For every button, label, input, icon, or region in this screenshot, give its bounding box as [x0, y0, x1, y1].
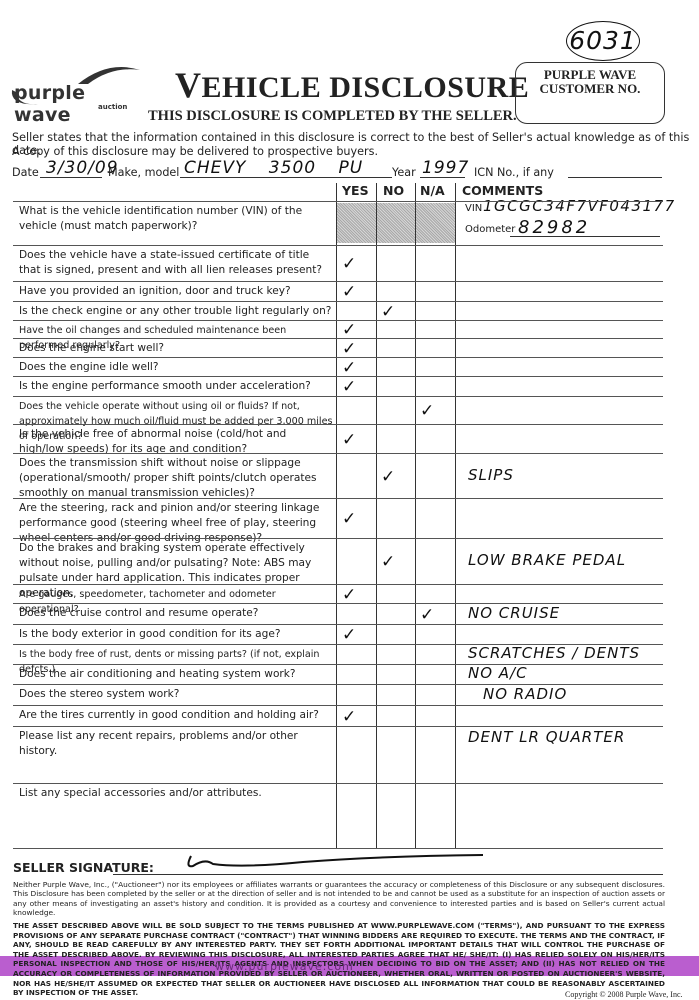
checkmark-icon-na[interactable]: ✓	[420, 605, 444, 619]
comment-field[interactable]: SLIPS	[468, 466, 514, 484]
checkmark-icon-yes[interactable]: ✓	[342, 358, 366, 372]
column-divider	[336, 183, 337, 848]
answer-na-cell[interactable]	[420, 797, 444, 811]
question-text: Does the cruise control and resume opera…	[19, 606, 334, 621]
customer-box-label-2: CUSTOMER NO.	[540, 81, 641, 96]
row-divider	[13, 538, 663, 539]
row-divider	[13, 783, 663, 784]
answer-yes-cell[interactable]	[342, 686, 366, 700]
answer-na-cell[interactable]	[420, 282, 444, 296]
checkmark-icon-yes[interactable]: ✓	[342, 430, 366, 444]
answer-na-cell[interactable]	[420, 358, 444, 372]
column-divider	[376, 183, 377, 848]
answer-no-cell[interactable]	[381, 282, 405, 296]
row-divider	[13, 848, 663, 849]
row-divider	[13, 603, 663, 604]
make-model-label: Make, model	[108, 166, 179, 179]
answer-na-cell[interactable]	[420, 740, 444, 754]
question-text: Are the steering, rack and pinion and/or…	[19, 501, 334, 546]
purple-wave-logo: purple wave auction	[8, 62, 148, 112]
answer-no-cell[interactable]	[381, 686, 405, 700]
row-divider	[13, 320, 663, 321]
checkmark-icon-yes[interactable]: ✓	[342, 320, 366, 334]
seller-signature-field[interactable]	[183, 852, 503, 874]
checkmark-icon-yes[interactable]: ✓	[342, 625, 366, 639]
answer-na-cell[interactable]	[420, 625, 444, 639]
vin-label: VIN	[465, 203, 482, 214]
answer-yes-cell[interactable]	[342, 665, 366, 679]
question-text: Does the stereo system work?	[19, 687, 334, 702]
answer-no-cell[interactable]	[381, 254, 405, 268]
make-model-field[interactable]: CHEVY 3500 PU	[184, 158, 363, 178]
row-divider	[13, 245, 663, 246]
answer-yes-cell[interactable]	[342, 214, 366, 228]
answer-na-cell[interactable]	[420, 377, 444, 391]
answer-no-cell[interactable]	[381, 358, 405, 372]
row-divider	[13, 664, 663, 665]
answer-no-cell[interactable]	[381, 401, 405, 415]
checkmark-icon-yes[interactable]: ✓	[342, 282, 366, 296]
answer-yes-cell[interactable]	[342, 401, 366, 415]
question-text: Does the vehicle have a state-issued cer…	[19, 248, 334, 278]
question-text: Does the engine idle well?	[19, 360, 334, 375]
checkmark-icon-yes[interactable]: ✓	[342, 339, 366, 353]
answer-yes-cell[interactable]	[342, 605, 366, 619]
question-text: List any special accessories and/or attr…	[19, 786, 334, 801]
question-text: Please list any recent repairs, problems…	[19, 729, 334, 759]
header-yes: YES	[342, 183, 369, 198]
disclaimer-text: Neither Purple Wave, Inc., ("Auctioneer"…	[13, 880, 665, 917]
answer-na-cell[interactable]	[420, 585, 444, 599]
comment-field[interactable]: DENT LR QUARTER	[468, 728, 625, 746]
row-divider	[13, 624, 663, 625]
answer-no-cell[interactable]	[381, 605, 405, 619]
year-label: Year	[392, 166, 416, 179]
row-divider	[13, 584, 663, 585]
column-divider	[455, 183, 456, 848]
answer-no-cell[interactable]	[381, 665, 405, 679]
row-divider	[13, 498, 663, 499]
row-divider	[13, 338, 663, 339]
row-divider	[13, 453, 663, 454]
checkmark-icon-na[interactable]: ✓	[420, 401, 444, 415]
answer-na-cell[interactable]	[420, 552, 444, 566]
intro-line-2: A copy of this disclosure may be deliver…	[12, 145, 378, 158]
question-text: Does the engine start well?	[19, 341, 334, 356]
answer-yes-cell[interactable]	[342, 740, 366, 754]
answer-no-cell[interactable]	[381, 430, 405, 444]
row-divider	[13, 281, 663, 282]
vin-field[interactable]: 1GCGC34F7VF043177	[483, 197, 676, 215]
comment-field[interactable]: NO CRUISE	[468, 604, 560, 622]
icn-label: ICN No., if any	[474, 166, 554, 179]
question-text: Have you provided an ignition, door and …	[19, 284, 334, 299]
row-divider	[13, 644, 663, 645]
page-title: VEHICLE DISCLOSURE	[175, 64, 529, 106]
logo-subtext: auction	[98, 103, 127, 111]
seller-signature-label: SELLER SIGNATURE:	[13, 860, 154, 875]
checkmark-icon-yes[interactable]: ✓	[342, 707, 366, 721]
logo-text: purple wave	[14, 82, 148, 126]
answer-na-cell[interactable]	[420, 430, 444, 444]
header-comments: COMMENTS	[462, 183, 543, 198]
answer-no-cell[interactable]	[381, 645, 405, 659]
checkmark-icon-no[interactable]: ✓	[381, 552, 405, 566]
odometer-field[interactable]: 82982	[518, 217, 590, 238]
answer-na-cell[interactable]	[420, 707, 444, 721]
answer-na-cell[interactable]	[420, 214, 444, 228]
answer-na-cell[interactable]	[420, 320, 444, 334]
header-na: N/A	[420, 183, 445, 198]
watermark-url: www.purplewave.com	[215, 960, 354, 973]
checkmark-icon-yes[interactable]: ✓	[342, 254, 366, 268]
row-divider	[13, 396, 663, 397]
date-label: Date	[12, 166, 39, 179]
customer-number-box: PURPLE WAVECUSTOMER NO.	[515, 62, 665, 124]
row-divider	[13, 357, 663, 358]
answer-na-cell[interactable]	[420, 665, 444, 679]
answer-no-cell[interactable]	[381, 797, 405, 811]
answer-no-cell[interactable]	[381, 509, 405, 523]
vehicle-info-line: Date 3/30/09 Make, model CHEVY 3500 PU Y…	[12, 160, 672, 182]
answer-no-cell[interactable]	[381, 740, 405, 754]
answer-no-cell[interactable]	[381, 707, 405, 721]
answer-yes-cell[interactable]	[342, 797, 366, 811]
question-text: Is the check engine or any other trouble…	[19, 304, 334, 319]
comment-field[interactable]: SCRATCHES / DENTS	[468, 644, 640, 662]
odometer-label: Odometer	[465, 224, 515, 235]
row-divider	[13, 726, 663, 727]
answer-na-cell[interactable]	[420, 509, 444, 523]
row-divider	[13, 705, 663, 706]
answer-yes-cell[interactable]	[342, 645, 366, 659]
question-text: Does the air conditioning and heating sy…	[19, 667, 334, 682]
question-text: What is the vehicle identification numbe…	[19, 204, 334, 234]
comment-field[interactable]: NO RADIO	[483, 685, 567, 703]
customer-box-label-1: PURPLE WAVE	[544, 67, 636, 82]
row-divider	[13, 424, 663, 425]
customer-number[interactable]: 6031	[566, 21, 640, 61]
row-divider	[13, 684, 663, 685]
answer-na-cell[interactable]	[420, 467, 444, 481]
checkmark-icon-no[interactable]: ✓	[381, 467, 405, 481]
row-divider	[13, 376, 663, 377]
checkmark-icon-yes[interactable]: ✓	[342, 585, 366, 599]
page-subtitle: THIS DISCLOSURE IS COMPLETED BY THE SELL…	[148, 108, 517, 125]
answer-na-cell[interactable]	[420, 645, 444, 659]
answer-no-cell[interactable]	[381, 585, 405, 599]
question-text: Are the tires currently in good conditio…	[19, 708, 334, 723]
answer-no-cell[interactable]	[381, 377, 405, 391]
comment-field[interactable]: LOW BRAKE PEDAL	[468, 551, 626, 569]
answer-yes-cell[interactable]	[342, 302, 366, 316]
answer-no-cell[interactable]	[381, 320, 405, 334]
header-no: NO	[383, 183, 404, 198]
answer-na-cell[interactable]	[420, 686, 444, 700]
answer-no-cell[interactable]	[381, 214, 405, 228]
answer-no-cell[interactable]	[381, 339, 405, 353]
checkmark-icon-yes[interactable]: ✓	[342, 509, 366, 523]
row-divider	[13, 301, 663, 302]
year-field[interactable]: 1997	[422, 158, 469, 178]
column-divider	[415, 183, 416, 848]
question-text: Does the transmission shift without nois…	[19, 456, 334, 501]
question-text: Is the engine performance smooth under a…	[19, 379, 334, 394]
checkmark-icon-yes[interactable]: ✓	[342, 377, 366, 391]
question-text: Is the body exterior in good condition f…	[19, 627, 334, 642]
answer-yes-cell[interactable]	[342, 467, 366, 481]
answer-yes-cell[interactable]	[342, 552, 366, 566]
row-divider	[13, 201, 663, 202]
comment-field[interactable]: NO A/C	[468, 664, 528, 682]
copyright: Copyright © 2008 Purple Wave, Inc.	[565, 990, 683, 999]
answer-na-cell[interactable]	[420, 339, 444, 353]
answer-no-cell[interactable]	[381, 625, 405, 639]
answer-na-cell[interactable]	[420, 302, 444, 316]
answer-na-cell[interactable]	[420, 254, 444, 268]
checkmark-icon-no[interactable]: ✓	[381, 302, 405, 316]
